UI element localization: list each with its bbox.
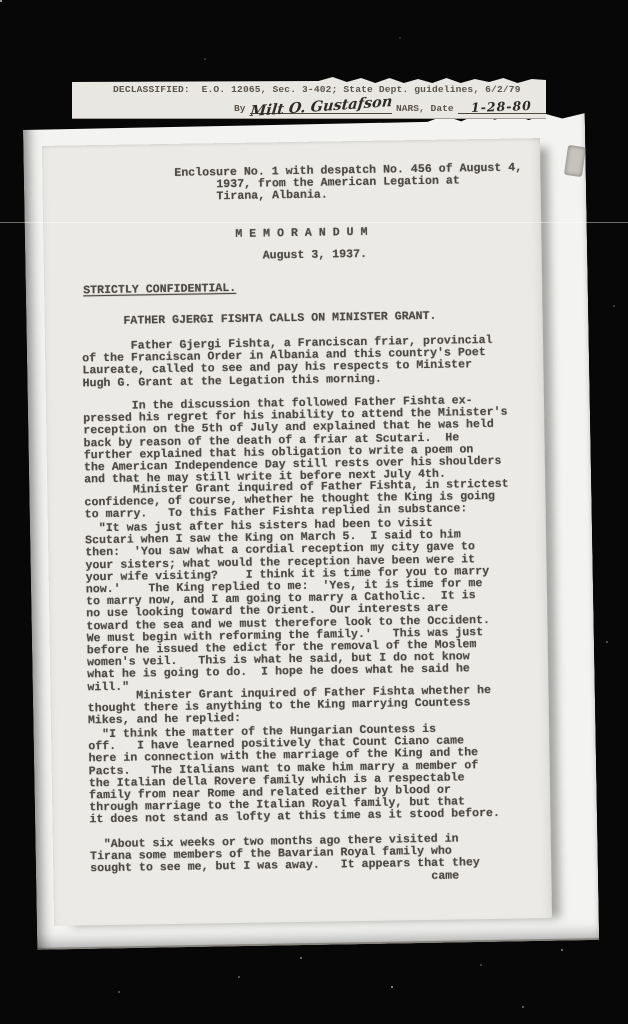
memo-date-line-1: August 3, 1937. — [263, 249, 368, 263]
dust-specks — [0, 0, 1, 1]
stamp-trailing-comma: , — [550, 103, 556, 114]
declassification-stamp-line2: ByMilt O. GustafsonNARS, Date1-28-80, — [230, 96, 585, 114]
stamp-nars-date-label: NARS, Date — [396, 103, 454, 114]
stamp-by-label: By — [234, 103, 246, 114]
archivist-signature: Milt O. Gustafson — [249, 93, 393, 120]
quote-1: "It was just after his sisters had been … — [85, 517, 491, 694]
date-rule: 1-28-80 — [458, 98, 546, 114]
enclosure-note-line-3: Tirana, Albania. — [175, 187, 523, 205]
subject-heading-line-1: FATHER GJERGI FISHTA CALLS ON MINISTER G… — [82, 311, 437, 329]
quote-3: "About six weeks or two months ago there… — [90, 833, 480, 888]
memo-heading-line-1: M E M O R A N D U M — [235, 227, 367, 241]
signature-rule: Milt O. Gustafson — [250, 96, 393, 114]
declassification-slip: DECLASSIFIED: E.O. 12065, Sec. 3-402; St… — [72, 77, 546, 119]
paragraph-1: Father Gjergi Fishta, a Franciscan friar… — [82, 335, 493, 390]
paragraph-2: In the discussion that followed Father F… — [83, 395, 509, 487]
trailing-rule — [559, 113, 585, 114]
memo-date: August 3, 1937. — [263, 249, 368, 263]
declassification-date: 1-28-80 — [471, 98, 532, 115]
confidential-heading: STRICTLY CONFIDENTIAL. — [83, 283, 236, 298]
quote-2: "I think the matter of the Hungarian Cou… — [88, 723, 500, 827]
subject-heading: FATHER GJERGI FISHTA CALLS ON MINISTER G… — [82, 311, 437, 329]
declassification-stamp-line1: DECLASSIFIED: E.O. 12065, Sec. 3-402; St… — [113, 84, 521, 95]
confidential-heading-line-1: STRICTLY CONFIDENTIAL. — [83, 283, 236, 298]
paragraph-4: Minister Grant inquired of Father Fishta… — [87, 685, 491, 728]
memo-page: Enclosure No. 1 with despatch No. 456 of… — [42, 138, 552, 926]
scanner-artifact-line — [0, 222, 628, 223]
typed-text-layer: Enclosure No. 1 with despatch No. 456 of… — [42, 138, 552, 926]
memo-heading: M E M O R A N D U M — [235, 227, 367, 241]
enclosure-note: Enclosure No. 1 with despatch No. 456 of… — [174, 162, 522, 204]
paragraph-3: Minister Grant inquired of Father Fishta… — [84, 479, 509, 522]
